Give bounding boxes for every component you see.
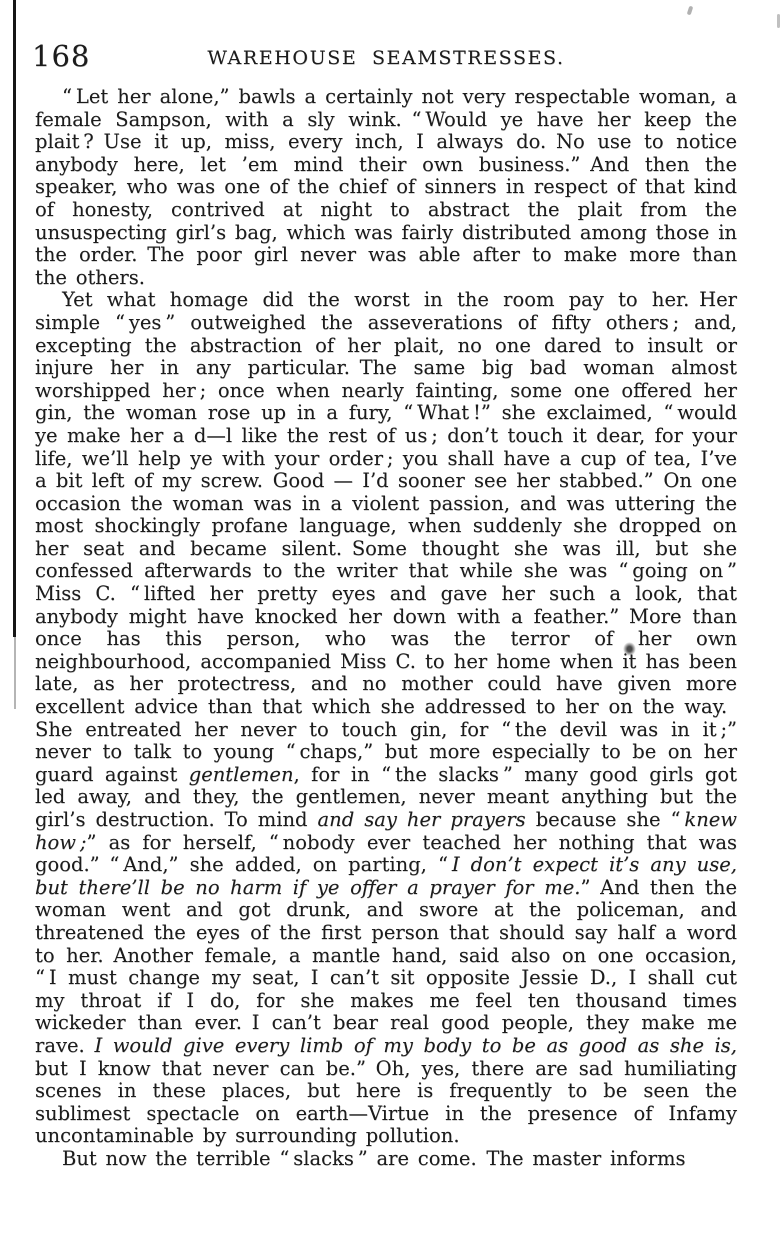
paragraph: Yet what homage did the worst in the roo… [35,289,737,1148]
page-edge-rule [13,0,16,637]
page-number: 168 [32,41,90,71]
running-title: WAREHOUSE SEAMSTRESSES. [35,41,737,73]
page-edge-rule-faint [14,637,16,709]
page-paragraphs: “ Let her alone,” bawls a certainly not … [35,86,737,1171]
page-body: “ Let her alone,” bawls a certainly not … [35,86,737,1171]
paragraph: “ Let her alone,” bawls a certainly not … [35,86,737,289]
book-page: 168 WAREHOUSE SEAMSTRESSES. “ Let her al… [0,0,784,1237]
scan-speck [687,6,694,16]
page-header: 168 WAREHOUSE SEAMSTRESSES. [35,41,737,75]
paragraph: But now the terrible “ slacks ” are come… [35,1148,737,1171]
ink-smudge [623,642,636,656]
scan-speck [777,14,780,28]
